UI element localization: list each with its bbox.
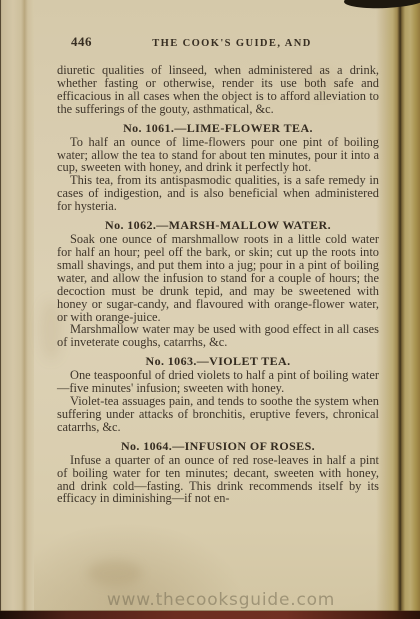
recipe-section-infusion-of-roses: No. 1064.—INFUSION OF ROSES. Infuse a qu… <box>57 440 379 506</box>
recipe-paragraph: This tea, from its antispasmodic qualiti… <box>57 174 379 213</box>
recipe-heading: No. 1063.—VIOLET TEA. <box>57 355 379 368</box>
recipe-paragraph: Marshmallow water may be used with good … <box>57 323 379 349</box>
recipe-paragraph: Soak one ounce of marshmallow roots in a… <box>57 233 379 323</box>
recipe-paragraph: To half an ounce of lime-flowers pour on… <box>57 136 379 175</box>
page-edge-right <box>376 0 420 619</box>
running-title: THE COOK'S GUIDE, AND <box>71 38 393 51</box>
recipe-paragraph: Violet-tea assuages pain, and tends to s… <box>57 395 379 434</box>
recipe-section-violet-tea: No. 1063.—VIOLET TEA. One teaspoonful of… <box>57 355 379 434</box>
watermark-text: www.thecooksguide.com <box>11 590 420 610</box>
intro-paragraph: diuretic qualities of linseed, when admi… <box>57 64 379 116</box>
recipe-section-marsh-mallow-water: No. 1062.—MARSH-MALLOW WATER. Soak one o… <box>57 219 379 349</box>
recipe-heading: No. 1062.—MARSH-MALLOW WATER. <box>57 219 379 232</box>
page-stain <box>88 560 142 586</box>
page-content: 446 THE COOK'S GUIDE, AND diuretic quali… <box>57 36 379 505</box>
book-page-scan: 446 THE COOK'S GUIDE, AND diuretic quali… <box>0 0 420 619</box>
page-header: 446 THE COOK'S GUIDE, AND <box>57 36 379 52</box>
recipe-heading: No. 1061.—LIME-FLOWER TEA. <box>57 122 379 135</box>
book-binding-left <box>0 0 34 619</box>
recipe-section-lime-flower-tea: No. 1061.—LIME-FLOWER TEA. To half an ou… <box>57 122 379 213</box>
book-cover-bottom <box>0 611 420 619</box>
recipe-heading: No. 1064.—INFUSION OF ROSES. <box>57 440 379 453</box>
recipe-paragraph: Infuse a quarter of an ounce of red rose… <box>57 454 379 506</box>
recipe-paragraph: One teaspoonful of dried violets to half… <box>57 369 379 395</box>
